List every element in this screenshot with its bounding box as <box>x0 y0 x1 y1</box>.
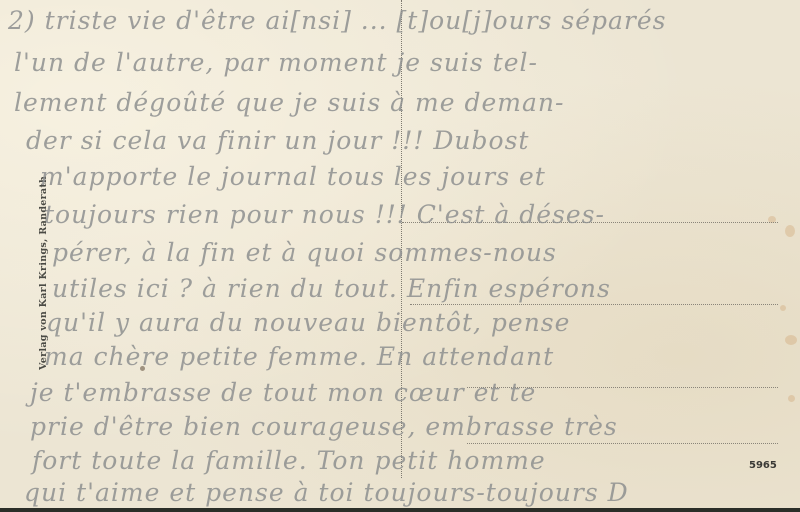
message-line: toujours rien pour nous !!! C'est à dése… <box>44 200 605 229</box>
postcard-back: Verlag von Karl Krings, Randerath 5965 2… <box>0 0 800 508</box>
address-line-2 <box>410 304 778 305</box>
message-line: l'un de l'autre, par moment je suis tel- <box>14 48 538 77</box>
message-line: fort toute la famille. Ton petit homme <box>32 446 546 475</box>
address-line-4 <box>467 443 778 444</box>
paper-stain <box>785 225 795 237</box>
message-line: lement dégoûté que je suis à me deman- <box>14 88 564 117</box>
paper-stain <box>788 395 795 402</box>
message-line: qu'il y aura du nouveau bientôt, pense <box>46 308 570 337</box>
message-line: utiles ici ? à rien du tout. Enfin espér… <box>52 274 611 303</box>
message-line: 2) triste vie d'être ai[nsi] ... [t]ou[j… <box>8 6 667 35</box>
message-line: qui t'aime et pense à toi toujours-toujo… <box>24 478 629 507</box>
card-number: 5965 <box>749 460 777 471</box>
message-line: der si cela va finir un jour !!! Dubost <box>26 126 529 155</box>
message-line: ma chère petite femme. En attendant <box>44 342 554 371</box>
paper-stain <box>785 335 797 345</box>
message-line: je t'embrasse de tout mon cœur et te <box>30 378 536 407</box>
message-line: pérer, à la fin et à quoi sommes-nous <box>52 238 557 267</box>
paper-stain <box>780 305 786 311</box>
message-line: m'apporte le journal tous les jours et <box>40 162 546 191</box>
message-line: prie d'être bien courageuse, embrasse tr… <box>30 412 618 441</box>
